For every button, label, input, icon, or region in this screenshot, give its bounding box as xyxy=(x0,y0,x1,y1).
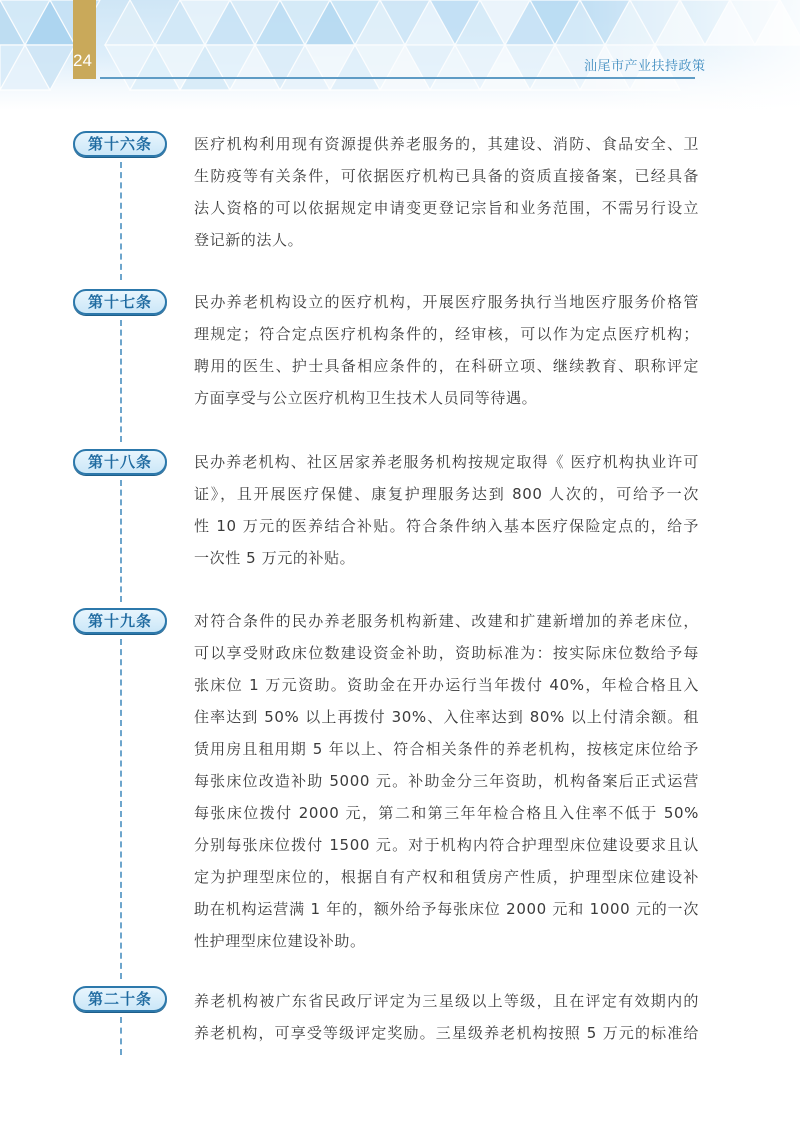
timeline-connector xyxy=(120,1017,122,1055)
article-badge-19: 第十九条 xyxy=(73,608,167,634)
text-line: 住率达到 50% 以上再拨付 30%、入住率达到 80% 以上付清余额。租 xyxy=(194,701,699,733)
text-line: 对符合条件的民办养老服务机构新建、改建和扩建新增加的养老床位， xyxy=(194,605,699,637)
text-line: 性护理型床位建设补助。 xyxy=(194,925,699,957)
article-badge-17: 第十七条 xyxy=(73,289,167,315)
article-text-17: 民办养老机构设立的医疗机构，开展医疗服务执行当地医疗服务价格管 理规定；符合定点… xyxy=(194,286,699,414)
text-line: 医疗机构利用现有资源提供养老服务的，其建设、消防、食品安全、卫 xyxy=(194,128,699,160)
text-line: 可以享受财政床位数建设资金补助，资助标准为：按实际床位数给予每 xyxy=(194,637,699,669)
text-line: 聘用的医生、护士具备相应条件的，在科研立项、继续教育、职称评定 xyxy=(194,350,699,382)
text-line: 方面享受与公立医疗机构卫生技术人员同等待遇。 xyxy=(194,382,699,414)
text-line: 一次性 5 万元的补贴。 xyxy=(194,542,699,574)
text-line: 分别每张床位拨付 1500 元。对于机构内符合护理型床位建设要求且认 xyxy=(194,829,699,861)
text-line: 证》，且开展医疗保健、康复护理服务达到 800 人次的，可给予一次 xyxy=(194,478,699,510)
timeline-connector xyxy=(120,480,122,602)
article-text-19: 对符合条件的民办养老服务机构新建、改建和扩建新增加的养老床位， 可以享受财政床位… xyxy=(194,605,699,957)
text-line: 养老机构被广东省民政厅评定为三星级以上等级，且在评定有效期内的 xyxy=(194,985,699,1017)
text-line: 性 10 万元的医养结合补贴。符合条件纳入基本医疗保险定点的，给予 xyxy=(194,510,699,542)
page-number: 24 xyxy=(73,51,99,71)
text-line: 法人资格的可以依据规定申请变更登记宗旨和业务范围，不需另行设立 xyxy=(194,192,699,224)
text-line: 每张床位改造补助 5000 元。补助金分三年资助，机构备案后正式运营 xyxy=(194,765,699,797)
text-line: 每张床位拨付 2000 元，第二和第三年年检合格且入住率不低于 50% xyxy=(194,797,699,829)
text-line: 民办养老机构设立的医疗机构，开展医疗服务执行当地医疗服务价格管 xyxy=(194,286,699,318)
text-line: 理规定；符合定点医疗机构条件的，经审核，可以作为定点医疗机构； xyxy=(194,318,699,350)
article-badge-18: 第十八条 xyxy=(73,449,167,475)
timeline-connector xyxy=(120,162,122,280)
article-text-18: 民办养老机构、社区居家养老服务机构按规定取得《 医疗机构执业许可 证》，且开展医… xyxy=(194,446,699,574)
text-line: 养老机构，可享受等级评定奖励。三星级养老机构按照 5 万元的标准给 xyxy=(194,1017,699,1049)
text-line: 赁用房且租用期 5 年以上、符合相关条件的养老机构，按核定床位给予 xyxy=(194,733,699,765)
text-line: 定为护理型床位的，根据自有产权和租赁房产性质，护理型床位建设补 xyxy=(194,861,699,893)
text-line: 生防疫等有关条件，可依据医疗机构已具备的资质直接备案，已经具备 xyxy=(194,160,699,192)
header-divider xyxy=(100,77,695,79)
timeline-connector xyxy=(120,639,122,979)
article-badge-20: 第二十条 xyxy=(73,986,167,1012)
timeline-connector xyxy=(120,320,122,442)
text-line: 民办养老机构、社区居家养老服务机构按规定取得《 医疗机构执业许可 xyxy=(194,446,699,478)
text-line: 张床位 1 万元资助。资助金在开办运行当年拨付 40%，年检合格且入 xyxy=(194,669,699,701)
text-line: 助在机构运营满 1 年的，额外给予每张床位 2000 元和 1000 元的一次 xyxy=(194,893,699,925)
article-text-20: 养老机构被广东省民政厅评定为三星级以上等级，且在评定有效期内的 养老机构，可享受… xyxy=(194,985,699,1049)
text-line: 登记新的法人。 xyxy=(194,224,699,256)
article-text-16: 医疗机构利用现有资源提供养老服务的，其建设、消防、食品安全、卫 生防疫等有关条件… xyxy=(194,128,699,256)
article-badge-16: 第十六条 xyxy=(73,131,167,157)
header-title: 汕尾市产业扶持政策 xyxy=(584,55,706,74)
